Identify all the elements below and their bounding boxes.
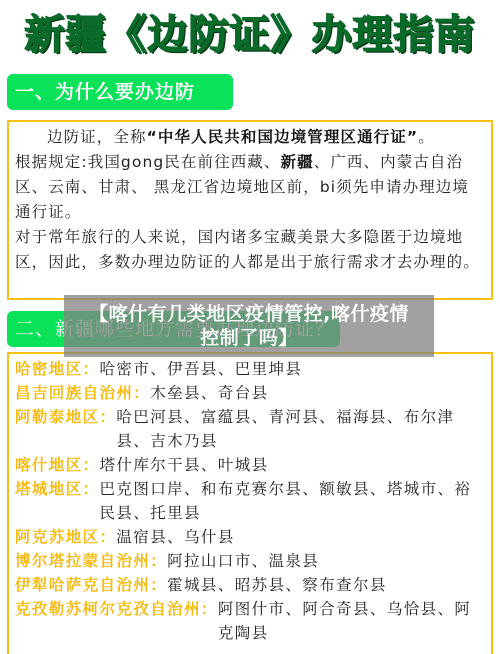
region-row: 阿克苏地区： 温宿县、乌什县 (15, 525, 485, 549)
region-places: 塔什库尔干县、叶城县 (100, 453, 269, 477)
region-name: 克孜勒苏柯尔克孜自治州： (15, 597, 218, 645)
why-content-box: 边防证，全称“中华人民共和国边境管理区通行证”。 根据规定:我国gong民在前往… (7, 120, 493, 300)
region-places: 木垒县、奇台县 (150, 381, 268, 405)
page-title: 新疆《边防证》办理指南 (0, 8, 500, 62)
definition-suffix: 。 (418, 128, 435, 146)
region-places: 哈密市、伊吾县、巴里坤县 (100, 357, 303, 381)
region-name: 阿克苏地区： (15, 525, 116, 549)
regulation-xinjiang: 新疆 (281, 153, 314, 171)
section-header-why: 一、为什么要办边防证？ (7, 74, 233, 110)
region-places: 阿图什市、阿合奇县、乌恰县、阿克陶县 (218, 597, 485, 645)
overlay-line-1: 【喀什有几类地区疫情管控,喀什疫情 (64, 302, 434, 326)
region-name: 昌吉回族自治州： (15, 381, 150, 405)
region-row: 哈密地区： 哈密市、伊吾县、巴里坤县 (15, 357, 485, 381)
regulation-text-a: 根据规定:我国gong民在前往西藏、 (15, 153, 281, 171)
region-places: 阿拉山口市、温泉县 (167, 549, 319, 573)
region-places: 霍城县、昭苏县、察布查尔县 (167, 573, 387, 597)
definition-full-name: “中华人民共和国边境管理区通行证” (147, 128, 419, 146)
region-name: 塔城地区： (15, 477, 100, 525)
region-row: 昌吉回族自治州： 木垒县、奇台县 (15, 381, 485, 405)
article-title-overlay[interactable]: 【喀什有几类地区疫情管控,喀什疫情 控制了吗】 (64, 295, 434, 357)
definition-prefix: 边防证，全称 (47, 128, 147, 146)
region-row: 伊犁哈萨克自治州： 霍城县、昭苏县、察布查尔县 (15, 573, 485, 597)
paragraph-travel: 对于常年旅行的人来说，国内诸多宝藏美景大多隐匿于边境地区，因此，多数办理边防证的… (15, 225, 485, 275)
region-row: 博尔塔拉蒙自治州： 阿拉山口市、温泉县 (15, 549, 485, 573)
regions-box: 哈密地区： 哈密市、伊吾县、巴里坤县 昌吉回族自治州： 木垒县、奇台县 阿勒泰地… (7, 352, 493, 654)
region-row: 阿勒泰地区： 哈巴河县、富蕴县、青河县、福海县、布尔津县、吉木乃县 (15, 405, 485, 453)
region-name: 博尔塔拉蒙自治州： (15, 549, 167, 573)
region-row: 克孜勒苏柯尔克孜自治州： 阿图什市、阿合奇县、乌恰县、阿克陶县 (15, 597, 485, 645)
region-places: 巴克图口岸、和布克赛尔县、额敏县、塔城市、裕民县、托里县 (100, 477, 485, 525)
paragraph-definition: 边防证，全称“中华人民共和国边境管理区通行证”。 (15, 125, 485, 150)
region-name: 阿勒泰地区： (15, 405, 116, 453)
region-name: 哈密地区： (15, 357, 100, 381)
region-places: 温宿县、乌什县 (116, 525, 234, 549)
region-name: 伊犁哈萨克自治州： (15, 573, 167, 597)
region-row: 喀什地区： 塔什库尔干县、叶城县 (15, 453, 485, 477)
region-name: 喀什地区： (15, 453, 100, 477)
overlay-line-2: 控制了吗】 (64, 326, 434, 350)
paragraph-regulation: 根据规定:我国gong民在前往西藏、新疆、广西、内蒙古自治区、云南、甘肃、 黑龙… (15, 150, 485, 225)
region-places: 哈巴河县、富蕴县、青河县、福海县、布尔津县、吉木乃县 (116, 405, 485, 453)
region-row: 塔城地区： 巴克图口岸、和布克赛尔县、额敏县、塔城市、裕民县、托里县 (15, 477, 485, 525)
